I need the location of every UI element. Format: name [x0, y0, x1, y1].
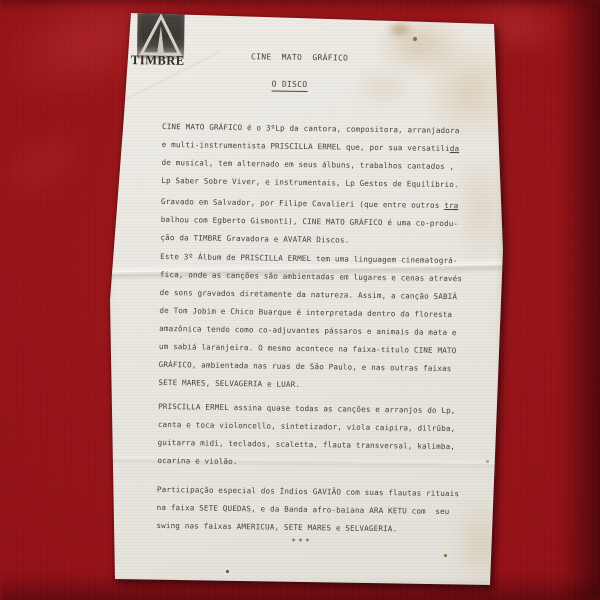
hyphenation-underline: da: [450, 144, 460, 153]
document-content: TIMBRE CINE MATO GRÁFICO O DISCO CINE MA…: [98, 7, 508, 595]
paragraph-line: Lp Saber Sobre Viver, e instrumentais, L…: [161, 172, 493, 195]
photo-background: TIMBRE CINE MATO GRÁFICO O DISCO CINE MA…: [0, 0, 600, 600]
fabric-fold: [560, 0, 600, 600]
paragraph: Gravado em Salvador, por Filipe Cavalier…: [160, 193, 493, 252]
paragraph: Este 3º Álbum de PRISCILLA ERMEL tem uma…: [158, 248, 492, 397]
timbre-logo-text: TIMBRE: [131, 53, 201, 70]
paragraph: Participação especial dos Índios GAVIÃO …: [156, 481, 489, 540]
document-title: CINE MATO GRÁFICO: [251, 52, 348, 62]
paragraph: CINE MATO GRÁFICO é o 3ºLp da cantora, c…: [161, 118, 494, 195]
fabric-fold: [0, 0, 600, 9]
stain-speck: [494, 525, 498, 529]
footer-separator: ***: [291, 537, 312, 546]
section-heading: O DISCO: [272, 80, 308, 92]
timbre-logo: TIMBRE: [135, 11, 200, 76]
paragraph: PRISCILLA ERMEL assina quase todas as ca…: [157, 398, 490, 475]
hyphenation-underline: tra: [444, 201, 458, 210]
paper-sheet: TIMBRE CINE MATO GRÁFICO O DISCO CINE MA…: [104, 8, 506, 590]
